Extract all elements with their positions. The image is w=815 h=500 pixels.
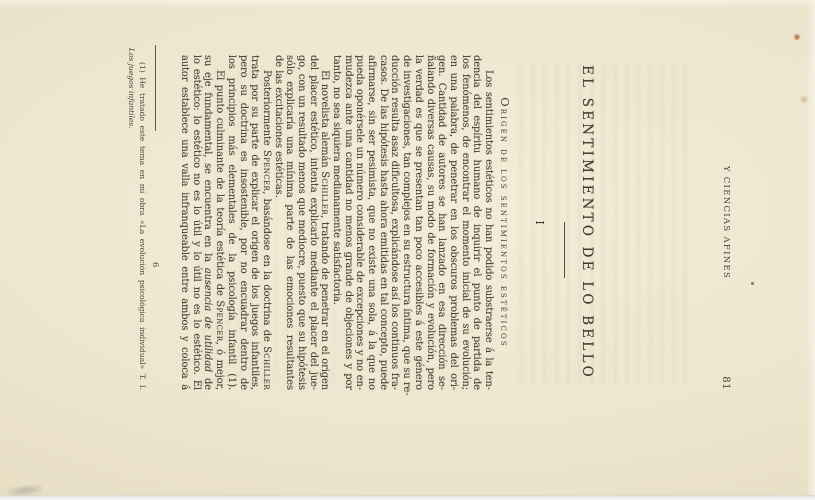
foxing-stain bbox=[794, 34, 800, 40]
text-segment: casos. De las hipótesis hasta ahora emit… bbox=[378, 55, 389, 390]
body-line: gen. Cantidad de autores se han lanzado … bbox=[436, 55, 448, 390]
body-line: Posteriormente Spencer, basándose en la … bbox=[260, 55, 272, 390]
text-segment: pero su doctrina es insostenible, por no… bbox=[238, 55, 249, 390]
text-segment: en una palabra, de penetrar en los obscu… bbox=[448, 55, 459, 390]
text-segment: su eje fundamental, se encuentra en la bbox=[203, 55, 214, 268]
body-text-block: Los sentimientos estéticos no han podido… bbox=[178, 55, 494, 390]
body-line: mudezca ante una cantidad no menos grand… bbox=[342, 55, 354, 390]
body-line: de las excitaciones estéticas. bbox=[272, 55, 284, 390]
scan-edge-bottom bbox=[0, 495, 815, 500]
text-segment: de investigaciones, tan complejos en su … bbox=[401, 55, 412, 395]
text-segment: ñalando diversas causas, su modo de form… bbox=[425, 55, 436, 390]
footnote-separator-rule bbox=[155, 45, 156, 131]
text-segment: gen. Cantidad de autores se han lanzado … bbox=[436, 55, 447, 390]
body-line: dencia del espíritu humano de inquirir e… bbox=[471, 55, 483, 390]
text-segment: pueda oponérsele un número considerable … bbox=[354, 55, 365, 390]
body-line: trata por su parte de explicar el origen… bbox=[249, 55, 261, 390]
text-segment: afirmarse, sin ser pesimista, que no exi… bbox=[366, 55, 377, 390]
text-segment: El novelista alemán bbox=[319, 70, 330, 171]
text-segment: sólo explicaría una mínima parte de las … bbox=[284, 55, 295, 390]
text-segment: ducción resulta asaz dificultosa, explic… bbox=[390, 55, 401, 390]
text-segment: Spencer bbox=[261, 150, 272, 191]
scan-edge-right bbox=[806, 0, 815, 500]
body-line: del placer estético, intenta explicarlo … bbox=[307, 55, 319, 390]
body-line: go, con un resultado menos que mediocre,… bbox=[295, 55, 307, 390]
text-segment: Spencer bbox=[214, 300, 225, 341]
text-segment: , tratando de penetrar en el origen bbox=[319, 215, 330, 390]
title-divider-rule bbox=[564, 222, 565, 278]
body-line: El novelista alemán Schiller, tratando d… bbox=[319, 55, 331, 390]
foxing-stain-faint bbox=[800, 96, 808, 103]
text-segment: mudezca ante una cantidad no menos grand… bbox=[343, 55, 354, 390]
text-segment: del placer estético, intenta explicarlo … bbox=[308, 55, 319, 390]
body-line: ducción resulta asaz dificultosa, explic… bbox=[389, 55, 401, 390]
text-segment: go, con un resultado menos que mediocre,… bbox=[296, 55, 307, 390]
body-line: afirmarse, sin ser pesimista, que no exi… bbox=[365, 55, 377, 390]
text-segment: Schiller bbox=[319, 171, 330, 215]
printer-signature-number: 6 bbox=[150, 262, 160, 267]
text-segment: , basándose en la doctrina de bbox=[261, 191, 272, 346]
text-segment: de bbox=[203, 372, 214, 390]
body-line: pero su doctrina es insostenible, por no… bbox=[237, 55, 249, 390]
text-segment: lo estético: lo estético no es lo útil y… bbox=[191, 55, 202, 390]
page-content-rotated: Y CIENCIAS AFINES 81 EL SENTIMIENTO DE L… bbox=[0, 0, 815, 500]
text-segment: los principios más elementales de la psi… bbox=[226, 55, 237, 390]
body-line: los fenómenos, de encontrar el momento i… bbox=[459, 55, 471, 390]
body-line: El punto culminante de la teoría estétic… bbox=[214, 55, 226, 390]
body-line: la verdad es que se presentan tan poco a… bbox=[412, 55, 424, 390]
footnote-line: Los juegos infantiles. bbox=[126, 48, 137, 390]
body-line: de investigaciones, tan complejos en su … bbox=[401, 55, 413, 390]
text-segment: autor establece una valla infranqueable … bbox=[179, 55, 190, 390]
ink-speck bbox=[751, 282, 754, 285]
text-segment: Los sentimientos estéticos no han podido… bbox=[483, 70, 494, 390]
body-line: lo estético: lo estético no es lo útil y… bbox=[190, 55, 202, 390]
footnote-line: (1) He tratado este tema en mi obra «La … bbox=[137, 48, 148, 390]
running-head: Y CIENCIAS AFINES 81 bbox=[719, 55, 731, 390]
chapter-title: EL SENTIMIENTO DE LO BELLO bbox=[579, 55, 595, 390]
body-line: casos. De las hipótesis hasta ahora emit… bbox=[377, 55, 389, 390]
text-segment: ausencia de utilidad bbox=[203, 268, 214, 372]
page-number: 81 bbox=[720, 376, 731, 390]
scan-edge-top bbox=[0, 0, 815, 8]
body-line: en una palabra, de penetrar en los obscu… bbox=[447, 55, 459, 390]
text-segment: dencia del espíritu humano de inquirir e… bbox=[471, 55, 482, 390]
text-segment: la verdad es que se presentan tan poco a… bbox=[413, 55, 424, 390]
body-line: Los sentimientos estéticos no han podido… bbox=[482, 55, 494, 390]
text-segment: de las excitaciones estéticas. bbox=[273, 55, 284, 198]
text-segment: Schiller bbox=[261, 346, 272, 390]
running-head-text: Y CIENCIAS AFINES bbox=[721, 166, 731, 279]
body-line: autor establece una valla infranqueable … bbox=[178, 55, 190, 390]
footnote-block: (1) He tratado este tema en mi obra «La … bbox=[126, 48, 147, 390]
section-number: I bbox=[533, 55, 546, 390]
text-segment: Los juegos infantiles. bbox=[128, 48, 137, 128]
text-segment: (1) He tratado este tema en mi obra «La … bbox=[138, 62, 147, 390]
text-segment: trata por su parte de explicar el origen… bbox=[249, 55, 260, 390]
scanned-book-page: Y CIENCIAS AFINES 81 EL SENTIMIENTO DE L… bbox=[0, 0, 815, 500]
body-line: ñalando diversas causas, su modo de form… bbox=[424, 55, 436, 390]
text-segment: los fenómenos, de encontrar el momento i… bbox=[460, 55, 471, 390]
body-line: sólo explicaría una mínima parte de las … bbox=[284, 55, 296, 390]
body-line: tanto, no sea siquiera medianamente sati… bbox=[330, 55, 342, 390]
text-segment: Posteriormente bbox=[261, 70, 272, 150]
body-line: los principios más elementales de la psi… bbox=[225, 55, 237, 390]
body-line: su eje fundamental, se encuentra en la a… bbox=[202, 55, 214, 390]
section-heading: Origen de los sentimientos estéticos bbox=[498, 55, 512, 390]
text-segment: El punto culminante de la teoría estétic… bbox=[214, 70, 225, 300]
text-segment: , ó mejor, bbox=[214, 342, 225, 390]
body-line: pueda oponérsele un número considerable … bbox=[354, 55, 366, 390]
text-segment: tanto, no sea siquiera medianamente sati… bbox=[331, 55, 342, 305]
